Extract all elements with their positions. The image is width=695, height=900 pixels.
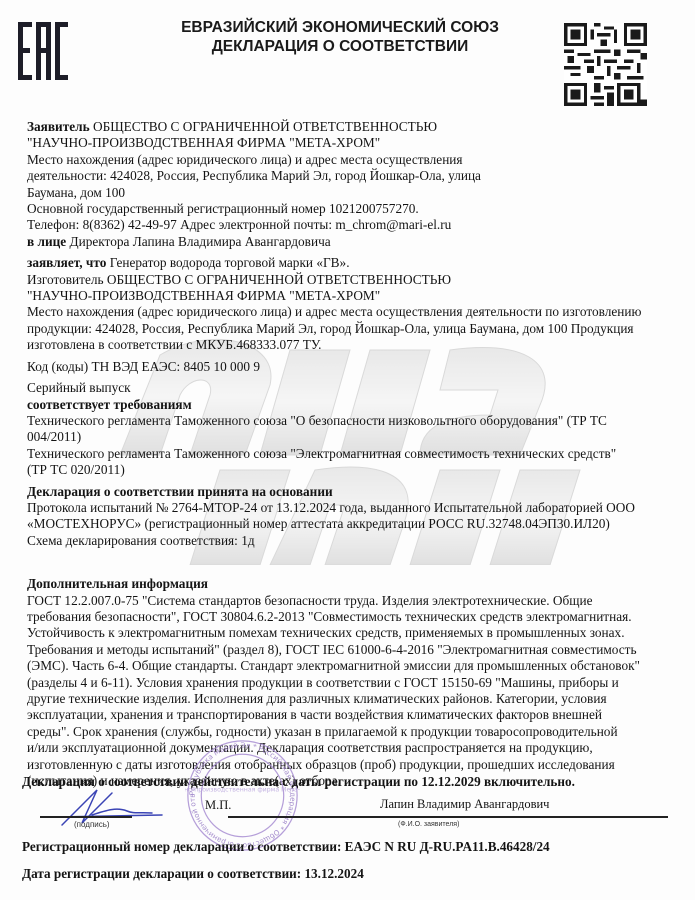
declaration-body: Заявитель ОБЩЕСТВО С ОГРАНИЧЕННОЙ ОТВЕТС… (27, 119, 677, 789)
additional-line: эксплуатации, хранения и транспортирован… (27, 707, 677, 723)
signature-caption: (подпись) (74, 820, 110, 829)
manufacturer-name-line2: "НАУЧНО-ПРОИЗВОДСТВЕННАЯ ФИРМА "МЕТА-ХРО… (27, 288, 677, 304)
applicant-label: Заявитель (27, 119, 90, 134)
seal-label: М.П. (205, 798, 231, 813)
document-header: ЕВРАЗИЙСКИЙ ЭКОНОМИЧЕСКИЙ СОЮЗ ДЕКЛАРАЦИ… (140, 18, 540, 56)
requirement-item-cont: 004/2011) (27, 429, 677, 445)
qr-code (562, 23, 649, 106)
signature-scribble (52, 785, 182, 830)
additional-info-section: Дополнительная информация ГОСТ 12.2.007.… (27, 576, 677, 789)
registration-date: Дата регистрации декларации о соответств… (22, 866, 364, 882)
additional-line: среды". Срок хранения (службы, годности)… (27, 724, 677, 740)
manufacturer-name: ОБЩЕСТВО С ОГРАНИЧЕННОЙ ОТВЕТСТВЕННОСТЬЮ (107, 272, 451, 287)
basis-line2: «МОСТЕХНОРУС» (регистрационный номер атт… (27, 516, 677, 532)
applicant-section: Заявитель ОБЩЕСТВО С ОГРАНИЧЕННОЙ ОТВЕТС… (27, 119, 677, 250)
additional-info-label: Дополнительная информация (27, 576, 208, 591)
product-section: заявляет, что Генератор водорода торгово… (27, 255, 677, 353)
product-name: Генератор водорода торговой марки «ГВ». (110, 255, 350, 270)
manufacturer-address-line3: изготовлена в соответствии с МКУБ.468333… (27, 337, 677, 353)
name-line (228, 816, 668, 818)
release-type: Серийный выпуск (27, 380, 677, 396)
tn-ved-code: Код (коды) ТН ВЭД ЕАЭС: 8405 10 000 9 (27, 359, 677, 375)
applicant-name-line2: "НАУЧНО-ПРОИЗВОДСТВЕННАЯ ФИРМА "МЕТА-ХРО… (27, 135, 677, 151)
eac-logo (18, 22, 68, 80)
additional-line: требования безопасности", ГОСТ 30804.6.2… (27, 609, 677, 625)
manufacturer-address-line2: продукции: 424028, Россия, Республика Ма… (27, 321, 677, 337)
additional-line: (разделы 4 и 6-11). Условия хранения про… (27, 675, 677, 691)
applicant-address-line2: деятельности: 424028, Россия, Республика… (27, 168, 677, 184)
signer-name: Лапин Владимир Авангардович (380, 797, 549, 812)
additional-line: ГОСТ 12.2.007.0-75 "Система стандартов б… (27, 593, 677, 609)
validity-statement: Декларация о соответствии действительна … (22, 774, 575, 790)
declares-label: заявляет, что (27, 255, 106, 270)
applicant-address-line1: Место нахождения (адрес юридического лиц… (27, 152, 677, 168)
applicant-address-line3: Баумана, дом 100 (27, 185, 677, 201)
basis-label: Декларация о соответствии принята на осн… (27, 484, 333, 499)
basis-line1: Протокола испытаний № 2764-МТОР-24 от 13… (27, 500, 677, 516)
signature-line (40, 816, 132, 818)
applicant-ogrn: Основной государственный регистрационный… (27, 201, 677, 217)
additional-line: изготовленную с даты изготовления отобра… (27, 757, 677, 773)
represented-by: Директора Лапина Владимира Авангардовича (70, 234, 331, 249)
represented-label: в лице (27, 234, 66, 249)
basis-section: Декларация о соответствии принята на осн… (27, 484, 677, 550)
applicant-name: ОБЩЕСТВО С ОГРАНИЧЕННОЙ ОТВЕТСТВЕННОСТЬЮ (93, 119, 437, 134)
requirement-item-cont: (ТР ТС 020/2011) (27, 462, 677, 478)
additional-line: (ЭМС). Часть 6-4. Общие стандарты. Станд… (27, 658, 677, 674)
document-title: ДЕКЛАРАЦИЯ О СООТВЕТСТВИИ (140, 37, 540, 56)
additional-line: и/или эксплуатационной документации. Дек… (27, 740, 677, 756)
registration-number: Регистрационный номер декларации о соотв… (22, 839, 550, 855)
declaration-scheme: Схема декларирования соответствия: 1д (27, 533, 677, 549)
additional-line: другие технические изделия. Исполнения д… (27, 691, 677, 707)
union-title: ЕВРАЗИЙСКИЙ ЭКОНОМИЧЕСКИЙ СОЮЗ (140, 18, 540, 37)
declaration-page: ЕВРАЗИЙСКИЙ ЭКОНОМИЧЕСКИЙ СОЮЗ ДЕКЛАРАЦИ… (0, 0, 695, 900)
requirements-label: соответствует требованиям (27, 397, 192, 412)
requirements-section: соответствует требованиям Технического р… (27, 397, 677, 479)
requirement-item: Технического регламента Таможенного союз… (27, 413, 677, 429)
additional-line: Устойчивость к электромагнитным помехам … (27, 625, 677, 641)
manufacturer-label: Изготовитель (27, 272, 104, 287)
additional-line: Требования и методы испытаний" (раздел 8… (27, 642, 677, 658)
manufacturer-address-line1: Место нахождения (адрес юридического лиц… (27, 304, 677, 320)
fio-caption: (Ф.И.О. заявителя) (398, 821, 459, 828)
applicant-contacts: Телефон: 8(8362) 42-49-97 Адрес электрон… (27, 217, 677, 233)
requirement-item: Технического регламента Таможенного союз… (27, 446, 677, 462)
